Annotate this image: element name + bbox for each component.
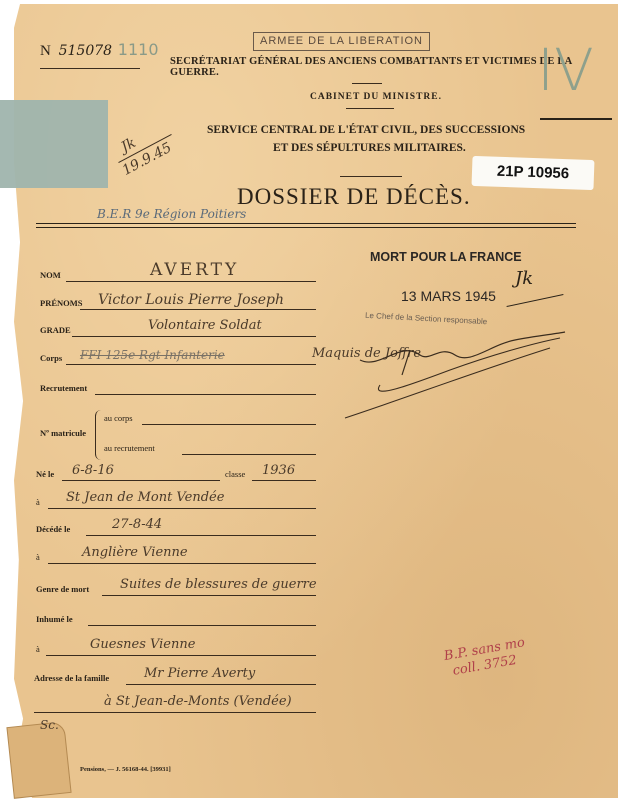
- roman-numeral-pencil: IV: [537, 36, 594, 104]
- label-adresse: Adresse de la famille: [34, 673, 109, 683]
- line-corps: [66, 364, 316, 365]
- label-grade: GRADE: [40, 325, 71, 335]
- matricule-brace: [95, 410, 102, 460]
- label-genre-de-mort: Genre de mort: [36, 584, 89, 594]
- label-matricule: Nº matricule: [40, 428, 86, 438]
- line-au-recrutement: [182, 454, 316, 455]
- divider: [346, 108, 394, 109]
- label-prenoms: PRÉNOMS: [40, 298, 83, 308]
- label-ne-le: Né le: [36, 469, 54, 479]
- blue-paper-tab: [0, 100, 108, 188]
- value-corps-struck: FFI 125e Rgt Infanterie: [80, 348, 225, 362]
- value-grade: Volontaire Soldat: [148, 318, 262, 333]
- label-inhume-le: Inhumé le: [36, 614, 73, 624]
- mort-pour-la-france-stamp: MORT POUR LA FRANCE: [370, 250, 522, 264]
- value-decede-le: 27-8-44: [112, 517, 162, 532]
- line-genre-de-mort: [102, 595, 316, 596]
- file-number-pencil: 1110: [118, 40, 159, 59]
- value-prenoms: Victor Louis Pierre Joseph: [98, 292, 284, 308]
- line-inhume-a: [46, 655, 316, 656]
- line-ne-a: [48, 508, 316, 509]
- value-inhume-a: Guesnes Vienne: [90, 637, 195, 652]
- line-classe: [252, 480, 316, 481]
- label-ne-a: à: [36, 497, 40, 507]
- line-prenoms: [80, 309, 316, 310]
- service-heading-line2: ET DES SÉPULTURES MILITAIRES.: [273, 142, 466, 154]
- title-rule-top: [36, 223, 576, 224]
- line-ne-le: [62, 480, 220, 481]
- label-au-recrutement: au recrutement: [104, 443, 155, 453]
- line-adresse-2: [34, 712, 316, 713]
- file-number-value: 515078: [59, 43, 112, 59]
- line-inhume-le: [88, 625, 316, 626]
- roman-numeral-underline: [540, 118, 612, 120]
- line-decede-le: [86, 535, 316, 536]
- label-decede-le: Décédé le: [36, 524, 70, 534]
- title-rule-bottom: [36, 227, 576, 228]
- printer-footer: Pensions, — J. 56168-44. [39931]: [80, 766, 171, 773]
- label-au-corps: au corps: [104, 413, 133, 423]
- value-nom: AVERTY: [150, 260, 239, 280]
- label-nom: NOM: [40, 270, 61, 280]
- file-number: N 515078 1110: [40, 40, 159, 60]
- stamp-initials: Jk: [515, 268, 533, 289]
- value-ne-le: 6-8-16: [72, 463, 114, 478]
- folded-corner: [6, 721, 71, 799]
- value-decede-a: Anglière Vienne: [82, 545, 188, 560]
- label-corps: Corps: [40, 353, 62, 363]
- file-number-underline: [40, 68, 140, 70]
- corner-mark: Sc.: [40, 718, 59, 732]
- line-grade: [72, 336, 316, 337]
- value-genre-de-mort: Suites de blessures de guerre: [120, 577, 317, 592]
- cabinet-heading: CABINET DU MINISTRE.: [310, 92, 442, 102]
- value-ne-a: St Jean de Mont Vendée: [66, 490, 224, 505]
- value-adresse-line2: à St Jean-de-Monts (Vendée): [104, 694, 292, 709]
- value-adresse-line1: Mr Pierre Averty: [144, 666, 255, 681]
- line-decede-a: [48, 563, 316, 564]
- label-decede-a: à: [36, 552, 40, 562]
- line-recrutement: [95, 394, 316, 395]
- divider: [352, 83, 382, 84]
- line-adresse: [126, 684, 316, 685]
- label-classe: classe: [225, 469, 245, 479]
- label-recrutement: Recrutement: [40, 383, 87, 393]
- file-number-label: N: [40, 43, 51, 59]
- origin-note: B.E.R 9e Région Poitiers: [97, 207, 246, 221]
- divider: [340, 176, 402, 177]
- line-nom: [66, 281, 316, 282]
- reference-label: 21P 10956: [472, 156, 595, 190]
- value-classe: 1936: [262, 463, 295, 478]
- line-au-corps: [142, 424, 316, 425]
- signature: [340, 330, 570, 420]
- service-heading-line1: SERVICE CENTRAL DE L'ÉTAT CIVIL, DES SUC…: [207, 124, 525, 136]
- page-title: DOSSIER DE DÉCÈS.: [237, 184, 471, 210]
- date-stamp: 13 MARS 1945: [401, 288, 496, 304]
- label-inhume-a: à: [36, 644, 40, 654]
- armee-liberation-stamp: ARMEE DE LA LIBERATION: [253, 32, 430, 51]
